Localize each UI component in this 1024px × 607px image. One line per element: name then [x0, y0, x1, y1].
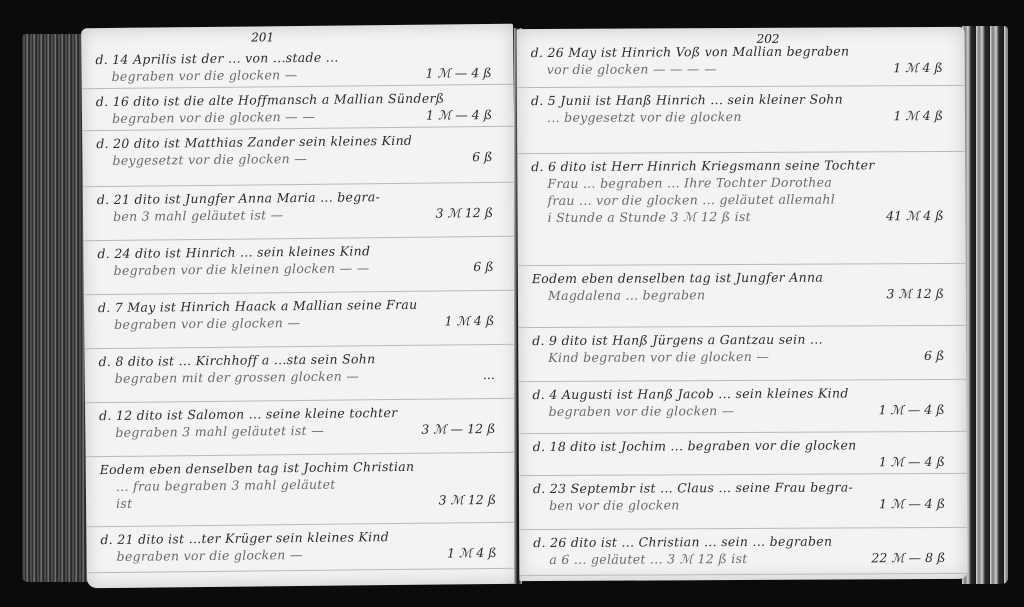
entry-text-line: ... beygesetzt vor die glocken	[547, 109, 742, 125]
entry-fee-amount: 6 ß	[472, 149, 492, 164]
entry-fee-amount: 1 ℳ 4 ß	[893, 60, 943, 75]
entry-text-line: d. 14 Aprilis ist der ... von ...stade .…	[95, 50, 338, 68]
register-entry: d. 26 May ist Hinrich Voß von Mallian be…	[517, 39, 965, 88]
entry-text-line: d. 12 dito ist Salomon ... seine kleine …	[99, 405, 397, 423]
entry-fee-amount: 6 ß	[924, 348, 944, 363]
open-register-book: 201 d. 14 Aprilis ist der ... von ...sta…	[0, 0, 1024, 607]
entry-fee-amount: 22 ℳ — 8 ß	[871, 550, 945, 565]
book-page-edges-right	[962, 26, 1008, 584]
register-entry: d. 21 dito ist ...ter Krüger sein kleine…	[86, 524, 518, 574]
entry-text-line: begraben vor die glocken —	[549, 403, 735, 419]
entry-text-line: begraben vor die glocken —	[114, 315, 300, 332]
entry-fee-amount: 1 ℳ — 4 ß	[879, 402, 945, 417]
entry-text-line: d. 9 dito ist Hanß Jürgens a Gantzau sei…	[532, 332, 823, 349]
entry-fee-amount: 41 ℳ 4 ß	[886, 208, 944, 223]
entry-text-line: d. 23 Septembr ist ... Claus ... seine F…	[533, 479, 853, 496]
register-entry: d. 7 May ist Hinrich Haack a Mallian sei…	[84, 292, 517, 350]
entry-text-line: d. 20 dito ist Matthias Zander sein klei…	[96, 133, 412, 151]
entry-text-line: beygesetzt vor die glocken —	[112, 151, 307, 168]
entry-text-line: d. 24 dito ist Hinrich ... sein kleines …	[97, 243, 370, 261]
entry-text-line: Kind begraben vor die glocken —	[548, 349, 769, 365]
entry-fee-amount: 3 ℳ 12 ß	[886, 286, 944, 301]
register-entry: d. 21 dito ist Jungfer Anna Maria ... be…	[83, 184, 516, 242]
entry-text-line: d. 26 dito ist ... Christian ... sein ..…	[533, 534, 832, 551]
entry-text-line: vor die glocken — — — —	[547, 61, 717, 77]
entry-fee-amount: 1 ℳ — 4 ß	[879, 454, 945, 469]
entry-text-line: d. 4 Augusti ist Hanß Jacob ... sein kle…	[532, 385, 848, 402]
entry-text-line: d. 6 dito ist Herr Hinrich Kriegsmann se…	[531, 157, 874, 174]
entry-text-line: d. 16 dito ist die alte Hoffmansch a Mal…	[96, 90, 445, 109]
entry-fee-amount: 1 ℳ 4 ß	[445, 313, 495, 329]
entry-fee-amount: 1 ℳ — 4 ß	[879, 496, 945, 511]
entry-text-line: i Stunde a Stunde 3 ℳ 12 ß ist	[548, 209, 751, 225]
register-entry: d. 24 dito ist Hinrich ... sein kleines …	[83, 238, 516, 296]
entry-text-line: begraben vor die glocken — —	[112, 109, 315, 126]
register-entry: d. 20 dito ist Matthias Zander sein klei…	[82, 128, 515, 188]
book-page-edges-left	[22, 34, 88, 582]
entry-fee-amount: 1 ℳ — 4 ß	[425, 65, 491, 81]
register-entry: d. 18 dito ist Jochim ... begraben vor d…	[519, 433, 967, 476]
register-entry: d. 8 dito ist ... Kirchhoff a ...sta sei…	[84, 346, 517, 404]
register-entry: Eodem eben denselben tag ist Jungfer Ann…	[518, 265, 966, 328]
entry-fee-amount: 3 ℳ — 12 ß	[421, 421, 495, 437]
entry-text-line: begraben 3 mahl geläutet ist —	[115, 423, 324, 440]
entry-text-line: d. 5 Junii ist Hanß Hinrich ... sein kle…	[531, 91, 843, 108]
entry-fee-amount: 1 ℳ 4 ß	[447, 545, 497, 561]
entry-text-line: d. 26 May ist Hinrich Voß von Mallian be…	[531, 43, 850, 60]
register-entry: d. 6 dito ist Herr Hinrich Kriegsmann se…	[517, 153, 966, 266]
register-entry: Eodem eben denselben tag ist Jochim Chri…	[86, 454, 519, 528]
register-entry: d. 9 dito ist Hanß Jürgens a Gantzau sei…	[518, 327, 966, 382]
entry-text-line: begraben vor die kleinen glocken — —	[114, 260, 370, 278]
entry-text-line: ... frau begraben 3 mahl geläutet	[116, 477, 336, 494]
entry-fee-amount: 1 ℳ — 4 ß	[426, 107, 492, 123]
entry-fee-amount: 3 ℳ 12 ß	[435, 205, 493, 221]
entry-text-line: Eodem eben denselben tag ist Jungfer Ann…	[532, 270, 823, 287]
entry-fee-amount: ...	[483, 367, 495, 382]
entry-text-line: a 6 ... geläutet ... 3 ℳ 12 ß ist	[549, 551, 747, 567]
right-page: 202 d. 26 May ist Hinrich Voß von Mallia…	[517, 27, 968, 581]
entry-text-line: d. 8 dito ist ... Kirchhoff a ...sta sei…	[98, 351, 375, 369]
entry-text-line: d. 7 May ist Hinrich Haack a Mallian sei…	[98, 297, 418, 315]
entry-text-line: Frau ... begraben ... Ihre Tochter Dorot…	[547, 175, 832, 191]
left-page: 201 d. 14 Aprilis ist der ... von ...sta…	[81, 24, 519, 588]
entry-text-line: d. 18 dito ist Jochim ... begraben vor d…	[533, 437, 857, 454]
register-entry: d. 4 Augusti ist Hanß Jacob ... sein kle…	[518, 381, 966, 434]
register-entry: d. 26 dito ist ... Christian ... sein ..…	[519, 529, 967, 576]
entry-fee-amount: 3 ℳ 12 ß	[438, 492, 496, 508]
entry-fee-amount: 6 ß	[473, 259, 493, 274]
entry-text-line: begraben vor die glocken —	[117, 547, 303, 564]
register-entry: d. 23 Septembr ist ... Claus ... seine F…	[519, 475, 967, 530]
entry-text-line: ist	[116, 496, 132, 511]
entry-text-line: ben vor die glocken	[549, 497, 680, 513]
entry-text-line: begraben vor die glocken —	[112, 67, 298, 84]
register-entry: d. 12 dito ist Salomon ... seine kleine …	[85, 400, 518, 458]
page-number: 201	[251, 30, 274, 44]
entry-text-line: ben 3 mahl geläutet ist —	[113, 207, 284, 224]
entry-fee-amount: 1 ℳ 4 ß	[893, 108, 943, 123]
register-entry: d. 5 Junii ist Hanß Hinrich ... sein kle…	[517, 87, 965, 154]
entry-text-line: Eodem eben denselben tag ist Jochim Chri…	[100, 459, 415, 477]
entry-text-line: frau ... vor die glocken ... geläutet al…	[547, 192, 835, 209]
entry-text-line: begraben mit der grossen glocken —	[115, 368, 360, 386]
register-entry: d. 14 Aprilis ist der ... von ...stade .…	[81, 44, 513, 90]
entry-text-line: d. 21 dito ist Jungfer Anna Maria ... be…	[97, 189, 380, 207]
register-entry: d. 16 dito ist die alte Hoffmansch a Mal…	[82, 86, 514, 132]
entry-text-line: Magdalena ... begraben	[548, 287, 705, 303]
entry-text-line: d. 21 dito ist ...ter Krüger sein kleine…	[100, 529, 389, 547]
